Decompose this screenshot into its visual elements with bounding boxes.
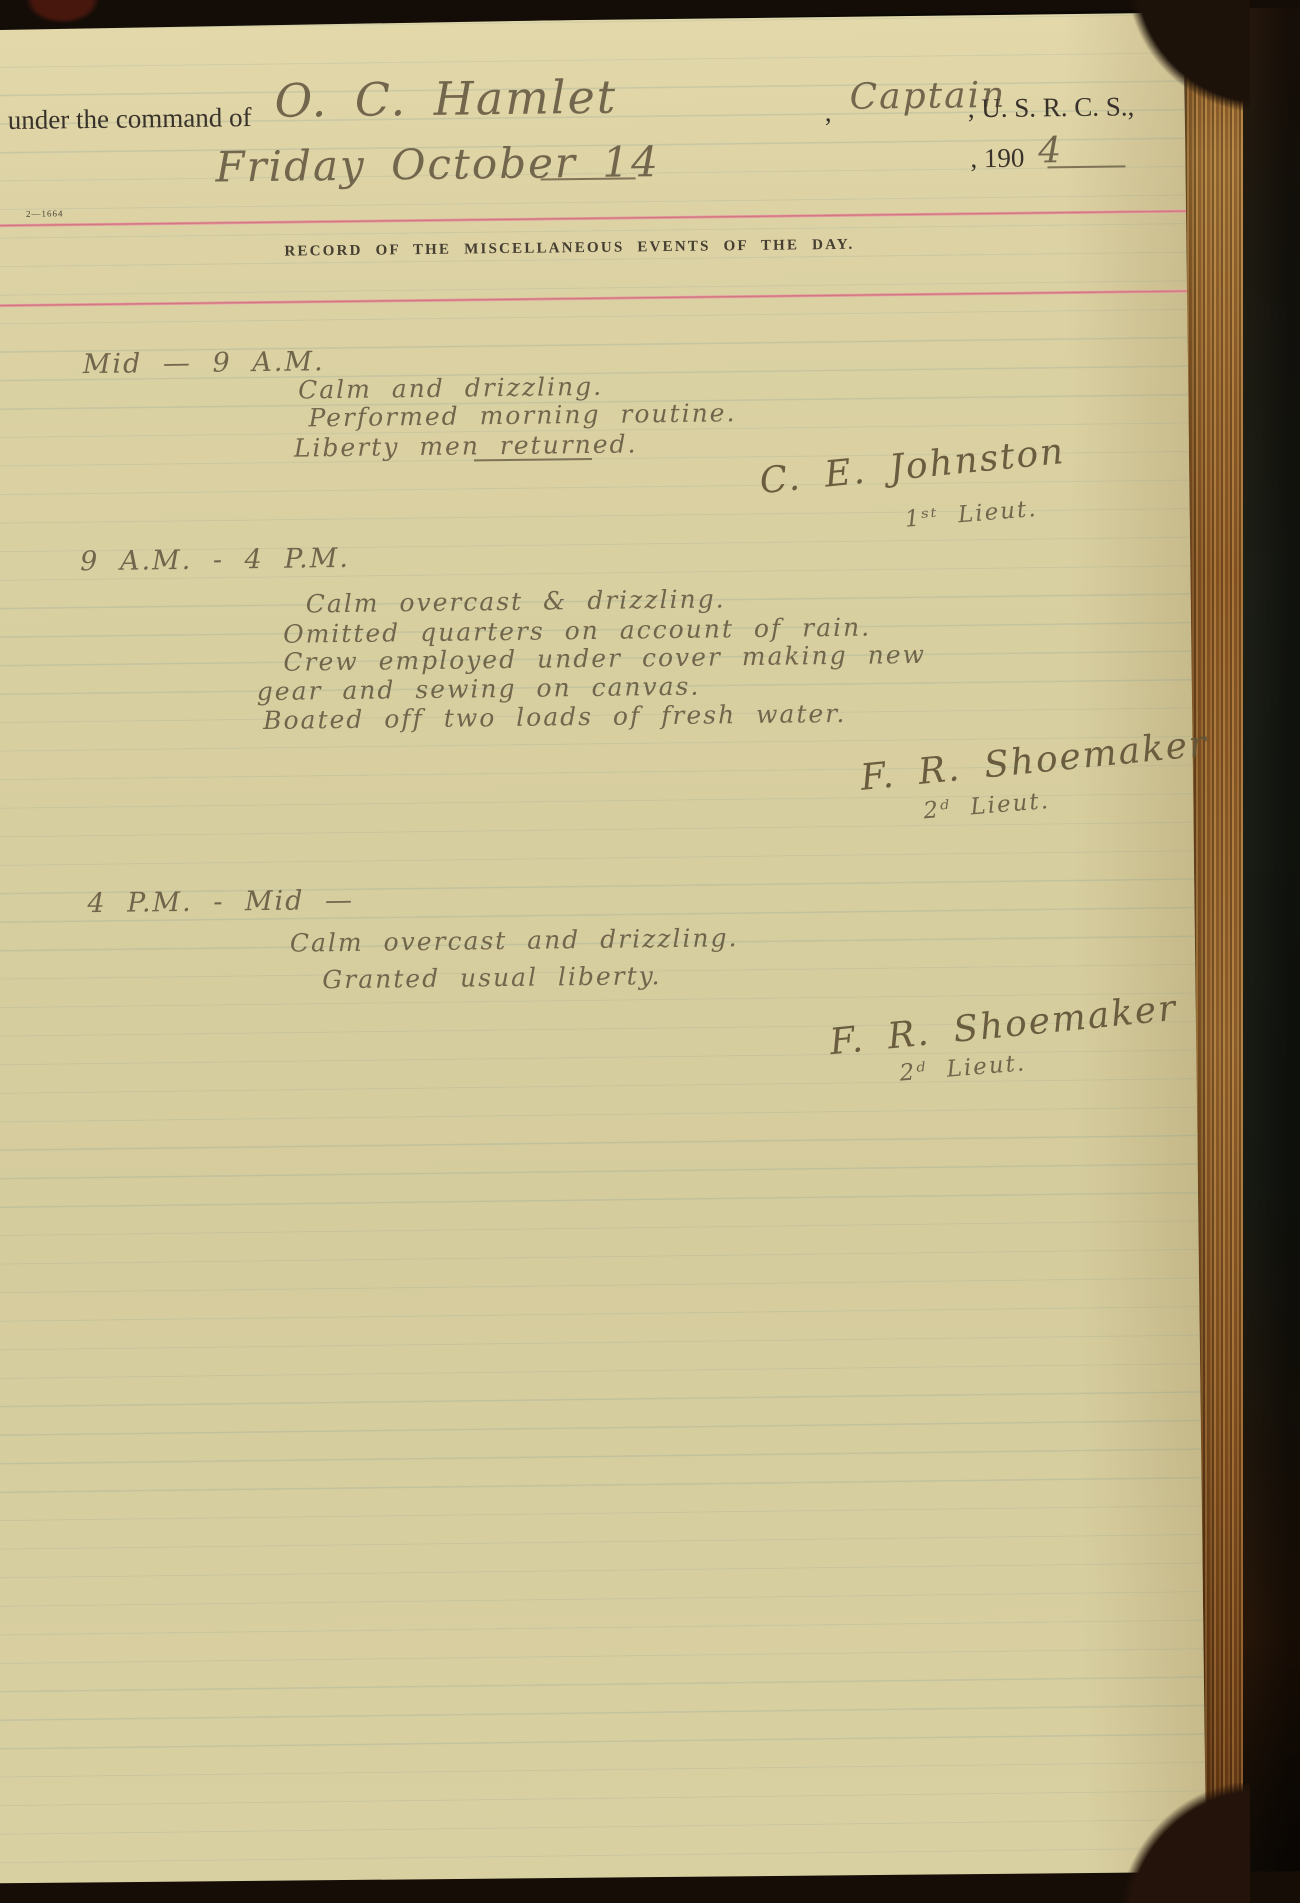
logbook-scan: under the command of O. C. Hamlet , Capt…: [0, 0, 1300, 1903]
cover-corner-top-right: [1130, 0, 1250, 140]
entry-line: Boated off two loads of fresh water.: [263, 699, 847, 735]
printed-comma: ,: [825, 97, 832, 128]
signature: C. E. Johnston: [758, 431, 1067, 502]
pink-rule-top: [0, 210, 1186, 228]
year-printed: , 190: [970, 143, 1024, 175]
pink-rule-bottom: [0, 290, 1187, 308]
section-title: RECORD OF THE MISCELLANEOUS EVENTS OF TH…: [284, 237, 854, 261]
pen-flourish: [474, 458, 592, 461]
entry-period: 4 P.M. - Mid —: [87, 885, 354, 919]
entry-line: Calm overcast & drizzling.: [306, 584, 726, 618]
pen-flourish: [1047, 165, 1125, 168]
entry-period: 9 A.M. - 4 P.M.: [80, 543, 350, 577]
signature: F. R. Shoemaker: [859, 723, 1210, 798]
signature-rank: 2ᵈ Lieut.: [899, 1050, 1027, 1086]
form-number: 2—1664: [26, 208, 64, 218]
entry-line: Performed morning routine.: [308, 398, 736, 432]
entry-period: Mid — 9 A.M.: [83, 346, 325, 380]
entry-line: Granted usual liberty.: [322, 961, 661, 994]
date-handwriting: Friday October 14: [215, 137, 660, 191]
printed-command-prefix: under the command of: [8, 102, 252, 136]
commander-name-handwriting: O. C. Hamlet: [274, 70, 617, 128]
entry-line: Calm overcast and drizzling.: [290, 923, 739, 957]
binding-patch: [25, 0, 100, 24]
signature-rank: 1ˢᵗ Lieut.: [904, 496, 1039, 533]
service-abbreviation: , U. S. R. C. S.,: [968, 91, 1135, 124]
signature-rank: 2ᵈ Lieut.: [922, 788, 1050, 824]
logbook-page: under the command of O. C. Hamlet , Capt…: [0, 13, 1206, 1890]
cover-corner-bottom-right: [1090, 1783, 1250, 1903]
